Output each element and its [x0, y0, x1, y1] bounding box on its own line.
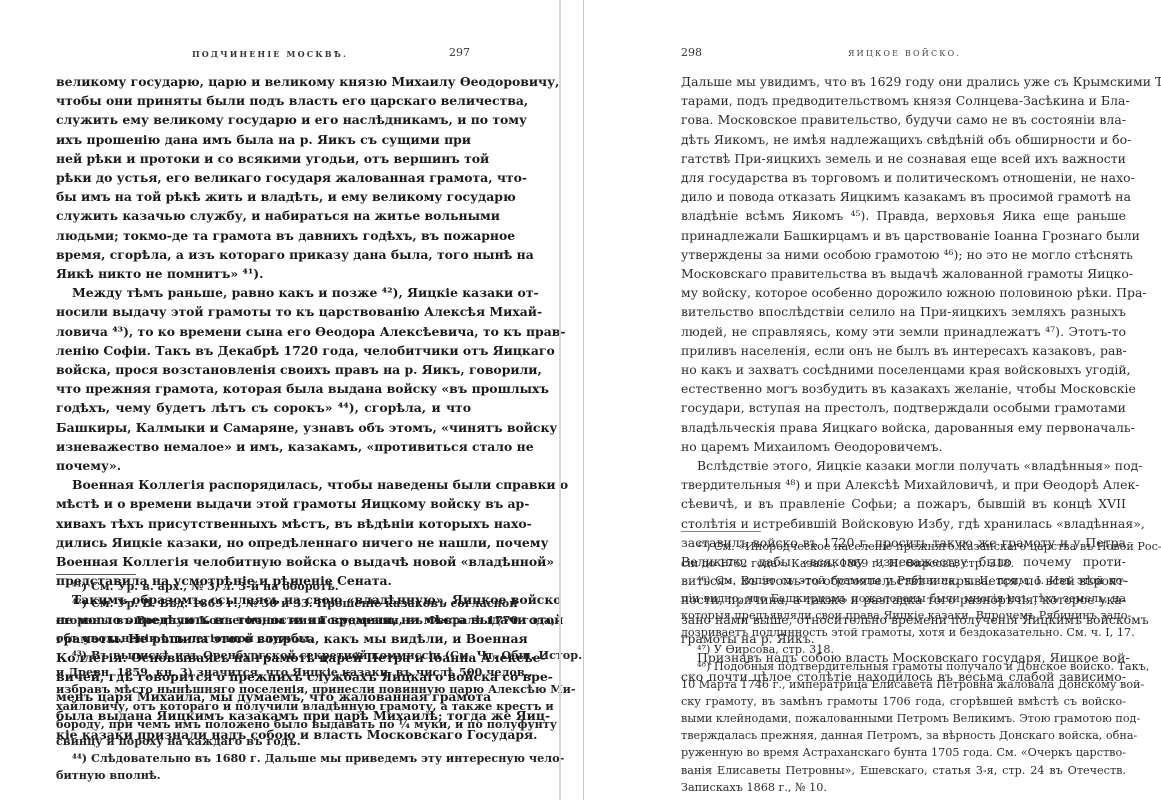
- text-line: принадлежали Башкирцамъ и въ царствовані…: [681, 226, 1126, 245]
- page-number: 298: [681, 46, 702, 59]
- text-line: людьми; токмо-де та грамота въ давнихъ г…: [56, 226, 471, 245]
- footnote-line: объ увольненіи отъ легіонной службы.: [56, 630, 471, 647]
- text-line: вительство впослѣдствіи селило на При-яи…: [681, 302, 1126, 321]
- text-line: людей, не справляясь, кому эти земли при…: [681, 322, 1126, 341]
- text-line: служить ему великому государю и его насл…: [56, 110, 471, 129]
- text-line: но царемъ Михаиломъ Ѳеодоровичемъ.: [681, 437, 1126, 456]
- text-line: Военная Коллегія челобитную войска о выд…: [56, 552, 471, 571]
- footnote-line: битную вполнѣ.: [56, 767, 471, 784]
- text-line: твердительныя ⁴⁸) и при Алексѣѣ Михайлов…: [681, 475, 1126, 494]
- text-line: тарами, подъ предводительствомъ князя Со…: [681, 91, 1126, 110]
- footnote-line: избравъ мѣсто нынѣшняго поселенія, прине…: [56, 681, 471, 698]
- footnote-line: сіи до 1762 года». Казань, 1869 г., Н. Ѳ…: [681, 555, 1126, 572]
- text-line: утверждены за ними особою грамотою ⁴⁶); …: [681, 245, 1126, 264]
- footnote-line: ⁴⁴) Слѣдовательно въ 1680 г. Дальше мы п…: [56, 750, 471, 767]
- text-line: Яикѣ никто не помнитъ» ⁴¹).: [56, 264, 471, 283]
- text-line: изневажество немалое» и имъ, казакамъ, «…: [56, 437, 471, 456]
- footnotes: ⁴¹) См. Ур. в. арх., № 3, л. 3-й на обор…: [56, 578, 471, 784]
- running-head: подчиненіе москвѣ.: [192, 49, 348, 59]
- text-line: сѣевичѣ, и въ правленіе Софьи; а пожаръ,…: [681, 494, 1126, 513]
- left-page: подчиненіе москвѣ. 297 великому государю…: [0, 0, 560, 800]
- text-line: чтобы они приняты были подъ власть его ц…: [56, 91, 471, 110]
- text-line: естественно могъ возбудить въ казакахъ ж…: [681, 379, 1126, 398]
- text-line: что прежняя грамота, которая была выдана…: [56, 379, 471, 398]
- text-line: бы имъ на той рѣкѣ жить и владѣть, и ему…: [56, 187, 471, 206]
- text-line: ленію Софіи. Такъ въ Декабрѣ 1720 года, …: [56, 341, 471, 360]
- text-line: Вслѣдствіе этого, Яицкіе казаки могли по…: [681, 456, 1126, 475]
- text-line: служить казачью службу, и набираться на …: [56, 206, 471, 225]
- text-line: почему».: [56, 456, 471, 475]
- footnote-line: ску грамоту, въ замѣнъ грамоты 1706 года…: [681, 693, 1126, 710]
- text-line: му войску, которое особенно дорожило южн…: [681, 283, 1126, 302]
- footnote-line: дозриваетъ подлинность этой грамоты, хот…: [681, 624, 1126, 641]
- text-line: время, сгорѣла, а изъ котораго приказу д…: [56, 245, 471, 264]
- text-line: Дальше мы увидимъ, что въ 1629 году они …: [681, 72, 1126, 91]
- text-line: носили выдачу этой грамоты то къ царство…: [56, 302, 471, 321]
- footnote-line: стороны въ Военную Коллегію, на имя Госу…: [56, 612, 471, 629]
- right-page: 298 яицкое войско. Дальше мы увидимъ, чт…: [584, 0, 1161, 800]
- footnote-line: ⁴³) Въ выпискѣ изъ Оренбургской секретно…: [56, 647, 471, 664]
- footnote-line: ⁴¹) См. Ур. в. арх., № 3, л. 3-й на обор…: [56, 578, 471, 595]
- footnotes: ⁴⁵) См. «Инородческое населеніе прежняго…: [681, 538, 1126, 796]
- footnote-line: 10 Марта 1746 г., императрица Елисавета …: [681, 676, 1126, 693]
- footnote-line: ⁴⁶) См. копію съ этой грамоты у Рябинина…: [681, 572, 1126, 589]
- text-line: Башкиры, Калмыки и Самаряне, узнавъ объ …: [56, 418, 471, 437]
- text-line: столѣтія и истребившій Войсковую Избу, г…: [681, 514, 1126, 533]
- text-line: приливъ населенія, если онъ не былъ въ и…: [681, 341, 1126, 360]
- text-line: дѣть Яикомъ, не имѣя надлежащихъ свѣдѣні…: [681, 130, 1126, 149]
- text-line: государи, вступая на престолъ, подтвержд…: [681, 398, 1126, 417]
- gutter-line-left: [559, 0, 561, 800]
- running-head: яицкое войско.: [848, 49, 961, 58]
- text-line: рѣки до устья, его великаго государя жал…: [56, 168, 471, 187]
- text-line: великому государю, царю и великому князю…: [56, 72, 471, 91]
- text-line: войска, прося возстановленія своихъ прав…: [56, 360, 471, 379]
- text-line: владѣльческія права Яицкаго войска, даро…: [681, 418, 1126, 437]
- footnote-line: Запискахъ 1868 г., № 10.: [681, 779, 1126, 796]
- text-line: хивахъ тѣхъ присутственныхъ мѣстъ, въ вѣ…: [56, 514, 471, 533]
- text-line: дились Яицкіе казаки, но опредѣленнаго н…: [56, 533, 471, 552]
- text-line: ихъ прошенію дана имъ была на р. Яикъ съ…: [56, 130, 471, 149]
- footnote-line: ⁴⁵) См. «Инородческое населеніе прежняго…: [681, 538, 1126, 555]
- text-line: ловича ⁴³), то ко времени сына его Ѳеодо…: [56, 322, 471, 341]
- footnote-line: тверждалась прежняя, данная Петромъ, за …: [681, 727, 1126, 744]
- footnote-line: свинцу и пороху на каждаго въ годъ.: [56, 733, 471, 750]
- footnote-line: хайловичу, отъ котораго и получили владѣ…: [56, 698, 471, 715]
- footnote-divider: [56, 574, 136, 575]
- text-line: Московскаго правительства въ выдачѣ жало…: [681, 264, 1126, 283]
- text-line: дило и повода отказать Яицкимъ казакамъ …: [681, 187, 1126, 206]
- footnote-line: ⁴²) См. Ур. В. Вѣд. 1869 г., № 30 и 33. …: [56, 595, 471, 612]
- footnote-line: которыя предъявляли свои права Яицкіе ка…: [681, 607, 1126, 624]
- footnote-line: руженную во время Астраханскаго бунта 17…: [681, 744, 1126, 761]
- footnote-line: бороду, при чемъ имъ положено было выдав…: [56, 716, 471, 733]
- footnote-line: ⁴⁸) Подобныя подтвердительныя грамоты по…: [681, 658, 1126, 675]
- text-line: для государства въ торговомъ и политичес…: [681, 168, 1126, 187]
- footnote-line: ⁴⁷) У Ѳирсова, стр. 318.: [681, 641, 1126, 658]
- footnote-line: ванія Елисаветы Петровны», Ешевскаго, ст…: [681, 762, 1126, 779]
- text-line: ней рѣки и протоки и со всякими угодьи, …: [56, 149, 471, 168]
- page-number: 297: [449, 46, 470, 59]
- footnote-line: піи видно, что Башкирцамъ пожалованы был…: [681, 590, 1126, 607]
- text-line: гатствѣ При-яицкихъ земель и не сознавая…: [681, 149, 1126, 168]
- text-line: гова. Московское правительство, будучи с…: [681, 110, 1126, 129]
- footnote-divider: [681, 531, 761, 532]
- text-line: Между тѣмъ раньше, равно какъ и позже ⁴²…: [56, 283, 471, 302]
- footnote-line: и Древн. 1859, кн. 3) значится, что Яицк…: [56, 664, 471, 681]
- text-line: но какъ и захватъ сосѣдними поселенцами …: [681, 360, 1126, 379]
- text-line: годѣхъ, чему будетъ лѣтъ съ сорокъ» ⁴⁴),…: [56, 398, 471, 417]
- footnote-line: выми клейнодами, пожалованными Петромъ В…: [681, 710, 1126, 727]
- text-line: Военная Коллегія распорядилась, чтобы на…: [56, 475, 471, 494]
- text-line: владѣніе всѣмъ Яикомъ ⁴⁵). Правда, верхо…: [681, 206, 1126, 225]
- text-line: мѣстѣ и о времени выдачи этой грамоты Яи…: [56, 494, 471, 513]
